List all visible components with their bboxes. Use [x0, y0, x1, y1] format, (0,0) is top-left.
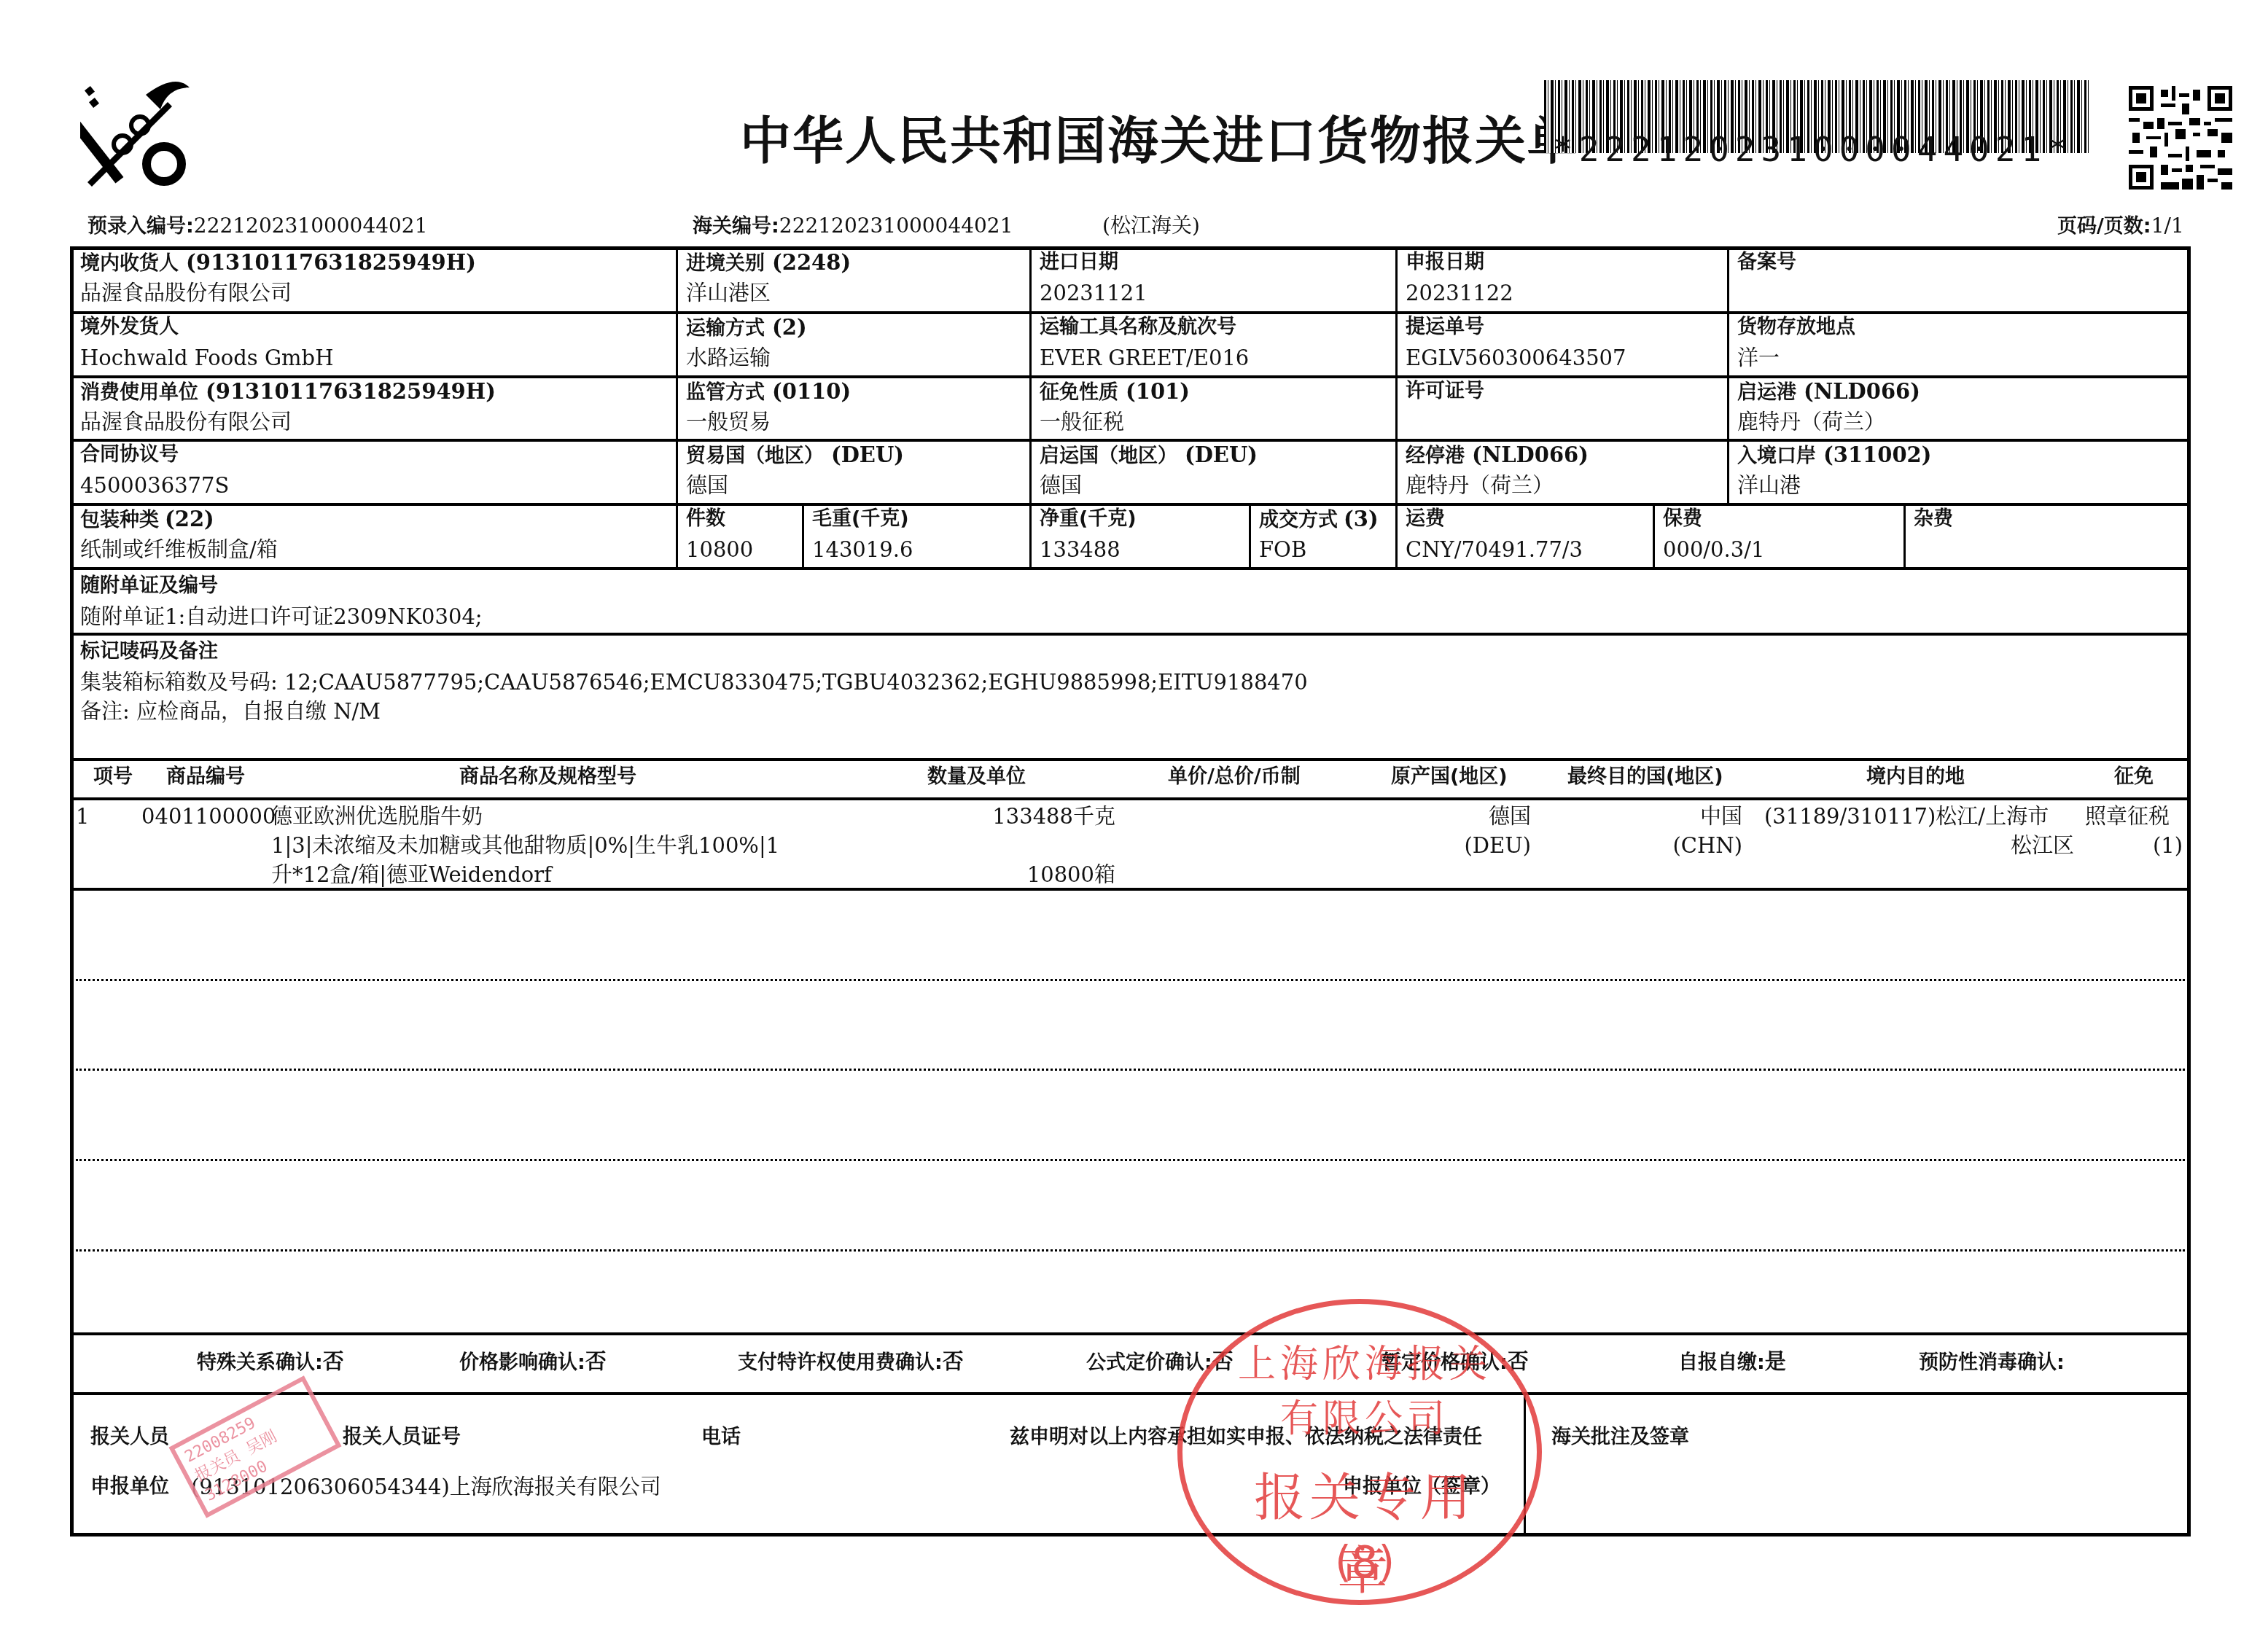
field-code: (91310117631825949H) [186, 250, 476, 275]
field-value: 20231121 [1040, 278, 1147, 308]
page-value: 1/1 [2151, 214, 2184, 238]
field-label: 入境口岸(311002) [1737, 440, 1932, 471]
table-divider [1727, 246, 1729, 311]
customs-approval-label: 海关批注及签章 [1551, 1423, 1689, 1452]
field-label: 消费使用单位(91310117631825949H) [80, 377, 496, 407]
remarks: 备注: 应检商品，自报自缴 N/M [80, 697, 381, 726]
field-value: 10800 [686, 535, 753, 564]
field-label: 备案号 [1737, 248, 1796, 277]
field-value: 水路运输 [686, 343, 771, 372]
field-value: CNY/70491.77/3 [1406, 535, 1583, 564]
field-label: 申报日期 [1406, 248, 1484, 277]
field-label: 贸易国（地区）(DEU) [686, 440, 904, 471]
field-code: (2) [772, 315, 807, 340]
field-code: (311002) [1823, 442, 1932, 467]
table-divider [1727, 375, 1729, 439]
field-value: EGLV560300643507 [1406, 343, 1626, 372]
table-divider [1029, 246, 1032, 311]
field-code: (NLD066) [1472, 442, 1589, 467]
dotted-divider [76, 1249, 2185, 1252]
table-divider [70, 1332, 2191, 1335]
field-label: 运费 [1406, 504, 1445, 534]
table-divider [1029, 439, 1032, 503]
table-divider [70, 633, 2191, 636]
item-name: 德亚欧洲优选脱脂牛奶 [271, 802, 483, 831]
confirmation-value: 否 [585, 1349, 607, 1374]
phone-label: 电话 [701, 1423, 741, 1452]
field-value: 鹿特丹（荷兰） [1406, 471, 1554, 500]
documents-value: 随附单证1:自动进口许可证2309NK0304; [80, 602, 483, 631]
table-divider [1395, 503, 1398, 567]
qr-code-icon [2129, 86, 2232, 190]
dotted-divider [76, 1069, 2185, 1071]
field-value: 4500036377S [80, 471, 229, 500]
column-header-origin: 原产国(地区) [1391, 762, 1508, 792]
table-divider [1029, 311, 1032, 375]
table-divider [676, 311, 678, 375]
field-label: 征免性质(101) [1040, 377, 1190, 407]
table-divider [70, 758, 2191, 761]
field-label: 提运单号 [1406, 313, 1484, 342]
table-divider [70, 797, 2191, 800]
seal-company-text: 上海欣海报关有限公司 [1226, 1333, 1503, 1442]
item-quantity: 10800箱 [911, 860, 1115, 889]
field-label: 保费 [1663, 504, 1702, 534]
page-label: 页码/页数: [2057, 215, 2151, 238]
table-divider [70, 567, 2191, 570]
pre-entry-label: 预录入编号: [87, 215, 194, 238]
dotted-divider [76, 1159, 2185, 1161]
field-label: 件数 [686, 504, 725, 534]
container-numbers: 集装箱标箱数及号码: 12;CAAU5877795;CAAU5876546;EM… [80, 668, 1308, 697]
column-header-dest: 最终目的国(地区) [1567, 762, 1723, 792]
field-code: (101) [1126, 379, 1190, 404]
field-label: 境外发货人 [80, 313, 179, 342]
field-value: 20231122 [1406, 278, 1513, 308]
item-levy: 照章征税 [2085, 802, 2170, 831]
field-label: 进境关别(2248) [686, 248, 851, 278]
table-divider [1395, 439, 1398, 503]
item-no: 1 [76, 802, 89, 831]
item-levy-code: (1) [2085, 831, 2183, 860]
field-code: (NLD066) [1804, 379, 1920, 404]
item-domestic-destination: 松江区 [1895, 831, 2074, 860]
table-divider [802, 503, 804, 567]
table-divider [676, 375, 678, 439]
field-value: 品渥食品股份有限公司 [80, 278, 292, 308]
table-divider [676, 503, 678, 567]
field-value: 000/0.3/1 [1663, 535, 1764, 564]
field-value: 德国 [1040, 471, 1082, 500]
item-origin-code: (DEU) [1371, 831, 1531, 860]
customs-no-value: 222120231000044021 [779, 214, 1013, 238]
field-label: 货物存放地点 [1737, 313, 1855, 342]
field-code: (91310117631825949H) [206, 379, 496, 404]
confirmation-value: 是 [1765, 1349, 1786, 1374]
item-destination: 中国 [1567, 802, 1742, 831]
confirmation-label: 价格影响确认:否 [459, 1347, 607, 1378]
table-divider [1395, 311, 1398, 375]
table-divider [1653, 503, 1655, 567]
table-divider [1395, 375, 1398, 439]
field-value: 品渥食品股份有限公司 [80, 407, 292, 437]
table-divider [676, 439, 678, 503]
seal-number-text: (8) [1306, 1537, 1423, 1587]
field-code: (2248) [772, 250, 851, 275]
page-number: 页码/页数:1/1 [2057, 210, 2184, 238]
confirmation-label: 支付特许权使用费确认:否 [738, 1347, 964, 1378]
broker-id-label: 报关人员证号 [343, 1423, 461, 1452]
pre-entry-number: 预录入编号:222120231000044021 [87, 210, 427, 238]
field-value: 一般贸易 [686, 407, 771, 437]
field-label: 净重(千克) [1040, 504, 1137, 534]
field-label: 包装种类(22) [80, 504, 214, 535]
field-label: 许可证号 [1406, 377, 1484, 406]
field-label: 毛重(千克) [812, 504, 909, 534]
item-spec: 升*12盒/箱|德亚Weidendorf [271, 860, 552, 889]
field-value: FOB [1259, 535, 1306, 564]
table-divider [1903, 503, 1906, 567]
confirmation-label: 预防性消毒确认: [1919, 1347, 2065, 1378]
table-divider [1395, 246, 1398, 311]
column-header-code: 商品编号 [166, 762, 245, 792]
field-code: (DEU) [1185, 442, 1258, 467]
field-label: 合同协议号 [80, 440, 179, 469]
field-value: 143019.6 [812, 535, 913, 564]
table-divider [1029, 503, 1032, 567]
table-divider [1029, 375, 1032, 439]
field-label: 境内收货人(91310117631825949H) [80, 248, 476, 278]
field-value: 洋一 [1737, 343, 1780, 372]
field-code: (0110) [772, 379, 851, 404]
column-header-name: 商品名称及规格型号 [459, 762, 636, 792]
item-origin: 德国 [1371, 802, 1531, 831]
field-value: EVER GREET/E016 [1040, 343, 1249, 372]
item-quantity: 133488千克 [911, 802, 1115, 831]
field-label: 经停港(NLD066) [1406, 440, 1589, 471]
field-code: (3) [1344, 507, 1379, 531]
documents-label: 随附单证及编号 [80, 571, 218, 601]
confirmation-label: 特殊关系确认:否 [197, 1347, 344, 1378]
declarant-unit-label: 申报单位 [90, 1472, 169, 1502]
column-header-domestic: 境内目的地 [1866, 762, 1965, 792]
field-label: 启运国（地区）(DEU) [1040, 440, 1258, 471]
marks-label: 标记唛码及备注 [80, 637, 218, 666]
barcode-text: *222120231000044021* [1553, 130, 2073, 169]
item-hs-code: 0401100000 [141, 802, 276, 831]
field-code: (22) [165, 507, 214, 531]
field-value: 纸制或纤维板制盒/箱 [80, 535, 278, 564]
field-label: 运输工具名称及航次号 [1040, 313, 1236, 342]
field-value: 一般征税 [1040, 407, 1124, 437]
field-label: 杂费 [1914, 504, 1953, 534]
table-divider [1249, 503, 1251, 567]
declarant-seal: 上海欣海报关有限公司 报关专用章 (8) [1177, 1299, 1542, 1605]
pre-entry-value: 222120231000044021 [194, 214, 428, 238]
field-value: 洋山港 [1737, 471, 1801, 500]
table-divider [1727, 311, 1729, 375]
field-code: (DEU) [831, 442, 904, 467]
table-divider [70, 1392, 2191, 1395]
broker-label: 报关人员 [90, 1423, 169, 1452]
customs-no-label: 海关编号: [693, 215, 779, 238]
customs-number: 海关编号:222120231000044021 [693, 210, 1013, 238]
field-label: 启运港(NLD066) [1737, 377, 1920, 407]
field-value: Hochwald Foods GmbH [80, 343, 333, 372]
field-label: 运输方式(2) [686, 313, 807, 343]
customs-office: (松江海关) [1102, 210, 1200, 239]
dotted-divider [76, 979, 2185, 981]
field-label: 监管方式(0110) [686, 377, 851, 407]
field-value: 德国 [686, 471, 728, 500]
table-divider [676, 246, 678, 311]
field-value: 洋山港区 [686, 278, 771, 308]
field-label: 成交方式(3) [1259, 504, 1379, 535]
item-destination-code: (CHN) [1567, 831, 1742, 860]
confirmation-value: 否 [323, 1349, 344, 1374]
column-header-levy: 征免 [2114, 762, 2154, 792]
column-header-price: 单价/总价/币制 [1168, 762, 1301, 792]
document-title: 中华人民共和国海关进口货物报关单 [740, 101, 1580, 174]
column-header-qty: 数量及单位 [927, 762, 1026, 792]
field-value: 鹿特丹（荷兰） [1737, 407, 1885, 437]
confirmation-label: 自报自缴:是 [1678, 1347, 1786, 1378]
column-header-no: 项号 [93, 762, 133, 792]
item-domestic-destination: (31189/310117)松江/上海市 [1764, 802, 2049, 831]
customs-emblem-icon [80, 73, 204, 190]
confirmation-value: 否 [943, 1349, 964, 1374]
item-spec: 1|3|未浓缩及未加糖或其他甜物质|0%|生牛乳100%|1 [271, 831, 779, 860]
field-label: 进口日期 [1040, 248, 1118, 277]
table-divider [1727, 439, 1729, 503]
field-value: 133488 [1040, 535, 1121, 564]
